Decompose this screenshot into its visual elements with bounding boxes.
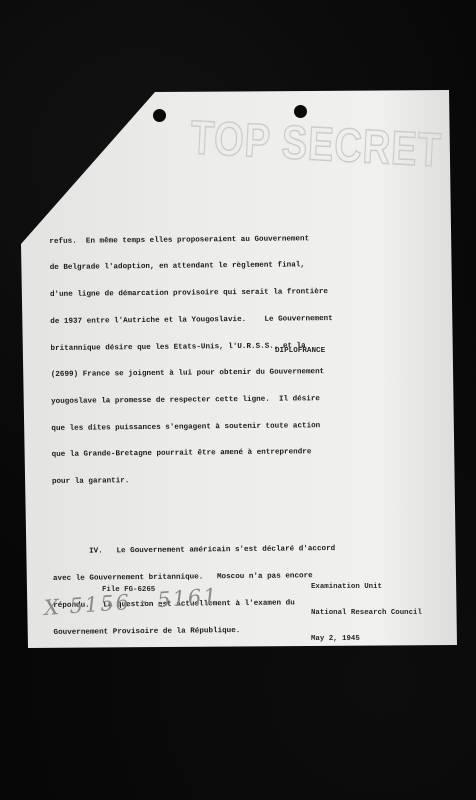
text-line: que la Grande-Bretagne pourrait être ame…: [52, 447, 432, 460]
text-line: que les dites puissances s'engagent à so…: [51, 421, 431, 434]
document-date: May 2, 1945: [311, 635, 422, 644]
signature: DIPLOFRANCE: [275, 347, 325, 355]
text-line: refus. En même temps elles proposeraient…: [49, 234, 429, 247]
council-name: National Research Council: [311, 609, 422, 618]
text-line: (2699) France se joignent à lui pour obt…: [51, 367, 431, 380]
text-line: pour la garantir.: [52, 474, 432, 487]
text-line: de Belgrade l'adoption, en attendant le …: [50, 260, 430, 273]
text-line: d'une ligne de démarcation provisoire qu…: [50, 287, 430, 300]
punch-hole: [153, 109, 166, 122]
punch-hole: [294, 105, 307, 118]
classification-stamp: TOP SECRET: [189, 112, 392, 176]
text-line: IV. Le Gouvernement américain s'est décl…: [53, 544, 433, 557]
text-line: de 1937 entre l'Autriche et la Yougoslav…: [50, 314, 430, 327]
unit-name: Examination Unit: [311, 583, 422, 592]
paragraph: refus. En même temps elles proposeraient…: [49, 216, 432, 505]
text-line: yougoslave la promesse de respecter cett…: [51, 394, 431, 407]
text-line: britannique désire que les Etats-Unis, l…: [50, 341, 430, 354]
